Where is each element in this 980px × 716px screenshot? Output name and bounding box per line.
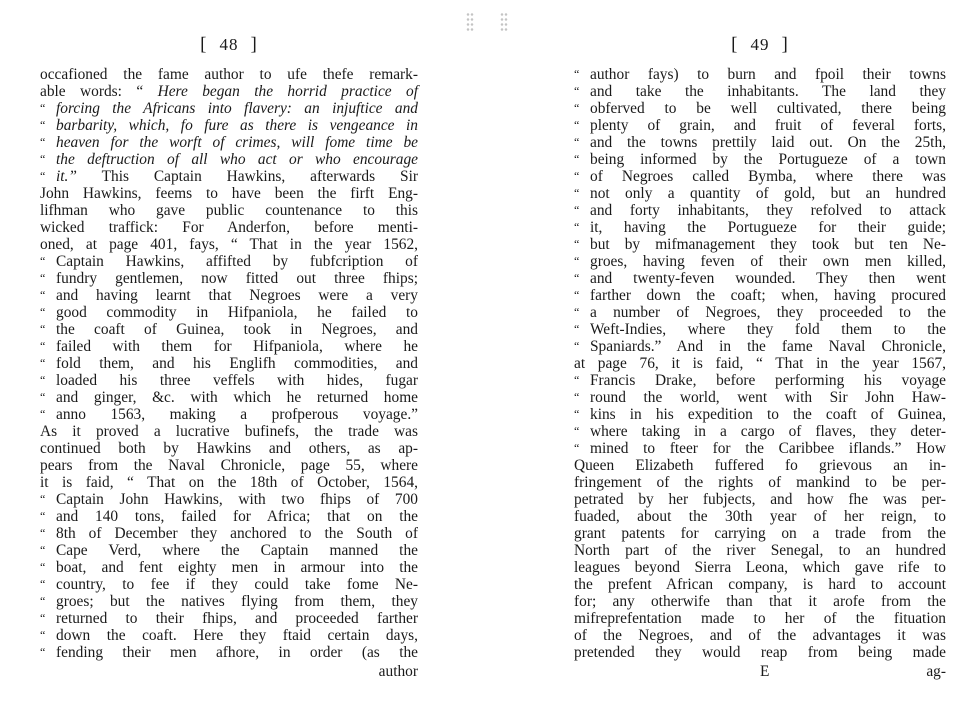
- bracket-close: ]: [782, 34, 789, 56]
- text-span: leagues beyond Sierra Leona, which gave …: [574, 559, 946, 576]
- text-span: and take the inhabitants. The land they: [590, 83, 946, 100]
- bracket-close: ]: [251, 34, 258, 56]
- text-span: returned to their fhips, and proceeded f…: [56, 610, 418, 627]
- text-line: not only a quantity of gold, but an hund…: [574, 185, 946, 202]
- text-line: and having learnt that Negroes were a ve…: [40, 287, 418, 304]
- text-span: groes; but the natives flying from them,…: [56, 593, 418, 610]
- text-line: fending their men afhore, in order (as t…: [40, 644, 418, 661]
- text-span: mifreprefentation made to her of the fit…: [574, 610, 946, 627]
- text-span: where taking in a cargo of flaves, they …: [590, 423, 946, 440]
- text-line: continued both by Hawkins and others, as…: [40, 440, 418, 457]
- text-span: round the world, went with Sir John Haw-: [590, 389, 946, 406]
- text-span: being informed by the Portugueze of a to…: [590, 151, 946, 168]
- text-span: it, having the Portugueze for their guid…: [590, 219, 946, 236]
- text-span: of the Negroes, and of the advantages it…: [574, 627, 946, 644]
- italic-text: forcing the Africans into flavery: an in…: [56, 100, 418, 117]
- text-line: Francis Drake, before performing his voy…: [574, 372, 946, 389]
- catchword: author: [379, 663, 418, 681]
- text-span: pretended they would reap from being mad…: [574, 644, 946, 661]
- text-line: the coaft of Guinea, took in Negroes, an…: [40, 321, 418, 338]
- text-line: able words: “ Here began the horrid prac…: [40, 83, 418, 100]
- text-span: and 140 tons, failed for Africa; that on…: [56, 508, 418, 525]
- text-line: occafioned the fame author to ufe thefe …: [40, 66, 418, 83]
- text-line: heaven for the worft of crimes, will fom…: [40, 134, 418, 151]
- text-span: and ginger, &c. with which he returned h…: [56, 389, 418, 406]
- text-span: author fays) to burn and fpoil their tow…: [590, 66, 946, 83]
- text-span: fending their men afhore, in order (as t…: [56, 644, 418, 661]
- text-line: Spaniards.” And in the fame Naval Chroni…: [574, 338, 946, 355]
- page-number: 48: [220, 35, 239, 55]
- page-header: [49]: [574, 34, 946, 56]
- text-line: and ginger, &c. with which he returned h…: [40, 389, 418, 406]
- text-line: Cape Verd, where the Captain manned the: [40, 542, 418, 559]
- text-line: boat, and fent eighty men in armour into…: [40, 559, 418, 576]
- text-line: of Negroes called Bymba, where there was: [574, 168, 946, 185]
- text-span: wicked traffick: For Anderfon, before me…: [40, 219, 418, 236]
- text-line: but by mifmanagement they took but ten N…: [574, 236, 946, 253]
- text-span: Queen Elizabeth fuffered fo grievous an …: [574, 457, 946, 474]
- text-line: barbarity, which, fo fure as there is ve…: [40, 117, 418, 134]
- text-line: the prefent African company, is hard to …: [574, 576, 946, 593]
- italic-text: it.”: [56, 168, 77, 185]
- right-page: [49] author fays) to burn and fpoil thei…: [574, 0, 946, 716]
- text-line: fold them, and his Englifh commodities, …: [40, 355, 418, 372]
- page-header: [48]: [40, 34, 418, 56]
- text-span: groes, having feven of their own men kil…: [590, 253, 946, 270]
- text-span: loaded his three veffels with hides, fug…: [56, 372, 418, 389]
- text-span: petrated by her fubjects, and how fhe wa…: [574, 491, 946, 508]
- text-span: but by mifmanagement they took but ten N…: [590, 236, 946, 253]
- text-span: failed with them for Hifpaniola, where h…: [56, 338, 418, 355]
- text-line: pretended they would reap from being mad…: [574, 644, 946, 661]
- text-line: fringement of the rights of mankind to b…: [574, 474, 946, 491]
- text-line: it.” This Captain Hawkins, afterwards Si…: [40, 168, 418, 185]
- text-span: boat, and fent eighty men in armour into…: [56, 559, 418, 576]
- text-span: grant patents for carrying on a trade fr…: [574, 525, 946, 542]
- text-line: returned to their fhips, and proceeded f…: [40, 610, 418, 627]
- text-line: John Hawkins, feems to have been the fir…: [40, 185, 418, 202]
- text-line: plenty of grain, and fruit of feveral fo…: [574, 117, 946, 134]
- text-span: obferved to be well cultivated, there be…: [590, 100, 946, 117]
- text-span: mined to fteer for the Caribbee iflands.…: [590, 440, 946, 457]
- text-line: wicked traffick: For Anderfon, before me…: [40, 219, 418, 236]
- text-span: and twenty-feven wounded. They then went: [590, 270, 946, 287]
- text-line: good commodity in Hifpaniola, he failed …: [40, 304, 418, 321]
- text-span: Captain Hawkins, affifted by fubfcriptio…: [56, 253, 418, 270]
- text-span: Weft-Indies, where they fold them to the: [590, 321, 946, 338]
- text-span: not only a quantity of gold, but an hund…: [590, 185, 946, 202]
- text-line: forcing the Africans into flavery: an in…: [40, 100, 418, 117]
- text-span: fuaded, about the 30th year of her reign…: [574, 508, 946, 525]
- page-footer: author: [40, 663, 418, 681]
- page-footer: E ag-: [574, 663, 946, 681]
- text-line: and the towns prettily laid out. On the …: [574, 134, 946, 151]
- text-span: kins in his expedition to the coaft of G…: [590, 406, 946, 423]
- text-span: Francis Drake, before performing his voy…: [590, 372, 946, 389]
- text-line: anno 1563, making a profperous voyage.”: [40, 406, 418, 423]
- text-span: for; any otherwife than that it arofe fr…: [574, 593, 946, 610]
- text-span: a number of Negroes, they proceeded to t…: [590, 304, 946, 321]
- text-line: of the Negroes, and of the advantages it…: [574, 627, 946, 644]
- text-span: Spaniards.” And in the fame Naval Chroni…: [590, 338, 946, 355]
- text-line: author fays) to burn and fpoil their tow…: [574, 66, 946, 83]
- text-line: and forty inhabitants, they refolved to …: [574, 202, 946, 219]
- text-line: it is faid, “ That on the 18th of Octobe…: [40, 474, 418, 491]
- text-span: oned, at page 401, fays, “ That in the y…: [40, 236, 418, 253]
- text-span: the prefent African company, is hard to …: [574, 576, 946, 593]
- text-line: loaded his three veffels with hides, fug…: [40, 372, 418, 389]
- text-line: Captain Hawkins, affifted by fubfcriptio…: [40, 253, 418, 270]
- text-span: of Negroes called Bymba, where there was: [590, 168, 946, 185]
- text-span: and the towns prettily laid out. On the …: [590, 134, 946, 151]
- text-span: 8th of December they anchored to the Sou…: [56, 525, 418, 542]
- text-span: fold them, and his Englifh commodities, …: [56, 355, 418, 372]
- text-line: and twenty-feven wounded. They then went: [574, 270, 946, 287]
- text-line: oned, at page 401, fays, “ That in the y…: [40, 236, 418, 253]
- text-line: grant patents for carrying on a trade fr…: [574, 525, 946, 542]
- text-line: petrated by her fubjects, and how fhe wa…: [574, 491, 946, 508]
- italic-text: the deftruction of all who act or who en…: [56, 151, 418, 168]
- text-line: pears from the Naval Chronicle, page 55,…: [40, 457, 418, 474]
- text-line: Weft-Indies, where they fold them to the: [574, 321, 946, 338]
- text-span: Captain John Hawkins, with two fhips of …: [56, 491, 418, 508]
- text-span: it is faid, “ That on the 18th of Octobe…: [40, 474, 418, 491]
- text-line: down the coaft. Here they ftaid certain …: [40, 627, 418, 644]
- text-span: down the coaft. Here they ftaid certain …: [56, 627, 418, 644]
- text-line: where taking in a cargo of flaves, they …: [574, 423, 946, 440]
- text-span: able words: “: [40, 83, 158, 100]
- text-span: This Captain Hawkins, afterwards Sir: [77, 168, 418, 185]
- text-line: at page 76, it is faid, “ That in the ye…: [574, 355, 946, 372]
- text-span: and having learnt that Negroes were a ve…: [56, 287, 418, 304]
- text-span: Cape Verd, where the Captain manned the: [56, 542, 418, 559]
- text-span: fundry gentlemen, now fitted out three f…: [56, 270, 418, 287]
- text-line: and 140 tons, failed for Africa; that on…: [40, 508, 418, 525]
- text-line: the deftruction of all who act or who en…: [40, 151, 418, 168]
- text-line: groes, having feven of their own men kil…: [574, 253, 946, 270]
- text-line: groes; but the natives flying from them,…: [40, 593, 418, 610]
- italic-text: barbarity, which, fo fure as there is ve…: [56, 117, 418, 134]
- text-line: and take the inhabitants. The land they: [574, 83, 946, 100]
- text-span: fringement of the rights of mankind to b…: [574, 474, 946, 491]
- italic-text: Here began the horrid practice of: [158, 83, 418, 100]
- gutter-blemish: [466, 12, 474, 32]
- text-span: As it proved a lucrative bufinefs, the t…: [40, 423, 418, 440]
- text-span: farther down the coaft; when, having pro…: [590, 287, 946, 304]
- text-line: fuaded, about the 30th year of her reign…: [574, 508, 946, 525]
- text-span: lifhman who gave public countenance to t…: [40, 202, 418, 219]
- text-span: John Hawkins, feems to have been the fir…: [40, 185, 418, 202]
- text-line: it, having the Portugueze for their guid…: [574, 219, 946, 236]
- bracket-open: [: [731, 34, 738, 56]
- text-span: plenty of grain, and fruit of feveral fo…: [590, 117, 946, 134]
- signature-mark: E: [760, 663, 769, 681]
- text-line: As it proved a lucrative bufinefs, the t…: [40, 423, 418, 440]
- text-line: obferved to be well cultivated, there be…: [574, 100, 946, 117]
- text-span: occafioned the fame author to ufe thefe …: [40, 66, 418, 83]
- text-line: for; any otherwife than that it arofe fr…: [574, 593, 946, 610]
- text-line: mifreprefentation made to her of the fit…: [574, 610, 946, 627]
- text-line: farther down the coaft; when, having pro…: [574, 287, 946, 304]
- text-line: fundry gentlemen, now fitted out three f…: [40, 270, 418, 287]
- bracket-open: [: [200, 34, 207, 56]
- italic-text: heaven for the worft of crimes, will fom…: [56, 134, 418, 151]
- text-span: continued both by Hawkins and others, as…: [40, 440, 418, 457]
- text-line: Queen Elizabeth fuffered fo grievous an …: [574, 457, 946, 474]
- page-body: occafioned the fame author to ufe thefe …: [40, 66, 418, 661]
- text-span: pears from the Naval Chronicle, page 55,…: [40, 457, 418, 474]
- text-line: 8th of December they anchored to the Sou…: [40, 525, 418, 542]
- text-span: the coaft of Guinea, took in Negroes, an…: [56, 321, 418, 338]
- gutter-blemish: [500, 12, 508, 32]
- text-line: leagues beyond Sierra Leona, which gave …: [574, 559, 946, 576]
- text-line: mined to fteer for the Caribbee iflands.…: [574, 440, 946, 457]
- text-span: North part of the river Senegal, to an h…: [574, 542, 946, 559]
- text-line: Captain John Hawkins, with two fhips of …: [40, 491, 418, 508]
- text-line: being informed by the Portugueze of a to…: [574, 151, 946, 168]
- text-line: country, to fee if they could take fome …: [40, 576, 418, 593]
- text-span: anno 1563, making a profperous voyage.”: [56, 406, 418, 423]
- text-span: and forty inhabitants, they refolved to …: [590, 202, 946, 219]
- text-span: at page 76, it is faid, “ That in the ye…: [574, 355, 946, 372]
- text-line: North part of the river Senegal, to an h…: [574, 542, 946, 559]
- page-number: 49: [751, 35, 770, 55]
- text-line: kins in his expedition to the coaft of G…: [574, 406, 946, 423]
- left-page: [48] occafioned the fame author to ufe t…: [40, 0, 418, 716]
- text-line: lifhman who gave public countenance to t…: [40, 202, 418, 219]
- text-line: a number of Negroes, they proceeded to t…: [574, 304, 946, 321]
- catchword: ag-: [926, 663, 946, 681]
- text-line: round the world, went with Sir John Haw-: [574, 389, 946, 406]
- page-body: author fays) to burn and fpoil their tow…: [574, 66, 946, 661]
- text-span: good commodity in Hifpaniola, he failed …: [56, 304, 418, 321]
- text-line: failed with them for Hifpaniola, where h…: [40, 338, 418, 355]
- text-span: country, to fee if they could take fome …: [56, 576, 418, 593]
